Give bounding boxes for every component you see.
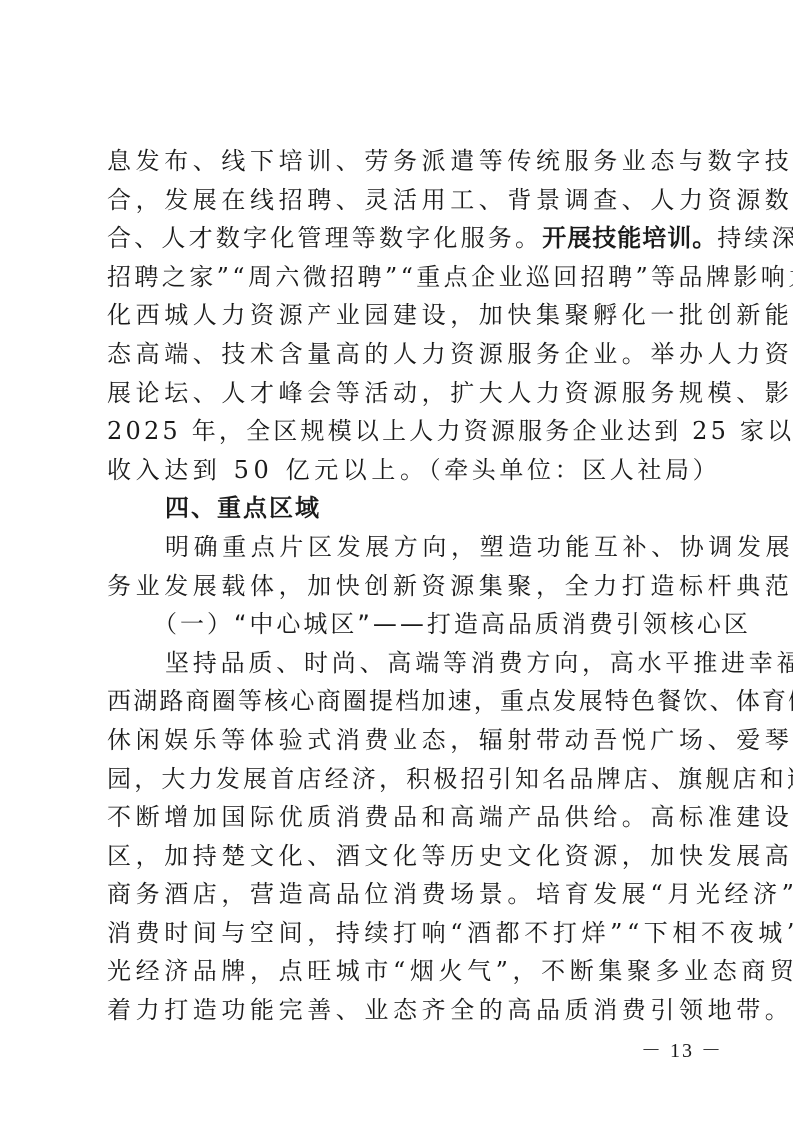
bold-keyphrase: 开展技能培训。	[542, 224, 717, 252]
text-line: 展论坛、人才峰会等活动，扩大人力资源服务规模、影响力。到	[107, 374, 693, 413]
text-line: 化西城人力资源产业园建设，加快集聚孵化一批创新能力强、业	[107, 296, 693, 335]
text-line: 休闲娱乐等体验式消费业态，辐射带动吾悦广场、爱琴海购物公	[107, 721, 693, 760]
text-run: 持续深化“365	[717, 224, 793, 252]
document-page: 息发布、线下培训、劳务派遣等传统服务业态与数字技术深度融 合，发展在线招聘、灵活…	[0, 0, 793, 1122]
text-line: 态高端、技术含量高的人力资源服务企业。举办人力资源服务发	[107, 335, 693, 374]
text-line: 合，发展在线招聘、灵活用工、背景调查、人力资源数据分析整	[107, 181, 693, 220]
text-line: 务业发展载体，加快创新资源集聚，全力打造标杆典范。	[107, 567, 693, 606]
text-run: 收入达到 50 亿元以上。	[107, 456, 429, 484]
lead-unit-note: （牵头单位：区人社局）	[429, 456, 721, 484]
text-line: 不断增加国际优质消费品和高端产品供给。高标准建设金樽坊街	[107, 798, 693, 837]
text-line: 商务酒店，营造高品位消费场景。培育发展“月光经济”，拓展	[107, 875, 693, 914]
text-line: 息发布、线下培训、劳务派遣等传统服务业态与数字技术深度融	[107, 142, 693, 181]
text-line: 西湖路商圈等核心商圈提档加速，重点发展特色餐饮、体育健身、	[107, 682, 693, 721]
text-line: 招聘之家”“周六微招聘”“重点企业巡回招聘”等品牌影响力。强	[107, 258, 693, 297]
text-run: 合、人才数字化管理等数字化服务。	[107, 224, 542, 252]
text-line: 园，大力发展首店经济，积极招引知名品牌店、旗舰店和连锁店，	[107, 760, 693, 799]
page-content: 息发布、线下培训、劳务派遣等传统服务业态与数字技术深度融 合，发展在线招聘、灵活…	[107, 142, 693, 1030]
text-line: 区，加持楚文化、酒文化等历史文化资源，加快发展高端餐饮及	[107, 837, 693, 876]
text-line: 收入达到 50 亿元以上。（牵头单位：区人社局）	[107, 451, 693, 490]
text-line-with-bold: 合、人才数字化管理等数字化服务。开展技能培训。持续深化“365	[107, 219, 693, 258]
text-line: 2025 年，全区规模以上人力资源服务企业达到 25 家以上，营业	[107, 412, 693, 451]
text-line: 消费时间与空间，持续打响“酒都不打烊”“下相不夜城”等月	[107, 914, 693, 953]
text-line: 明确重点片区发展方向，塑造功能互补、协调发展的七大服	[107, 528, 693, 567]
text-line: 着力打造功能完善、业态齐全的高品质消费引领地带。	[107, 991, 693, 1030]
subsection-heading: （一）“中心城区”——打造高品质消费引领核心区	[107, 605, 693, 644]
section-heading: 四、重点区域	[107, 489, 693, 528]
text-line: 坚持品质、时尚、高端等消费方向，高水平推进幸福路商圈、	[107, 644, 693, 683]
text-line: 光经济品牌，点旺城市“烟火气”，不断集聚多业态商贸资源，	[107, 952, 693, 991]
page-number: － 13 －	[641, 1034, 723, 1063]
